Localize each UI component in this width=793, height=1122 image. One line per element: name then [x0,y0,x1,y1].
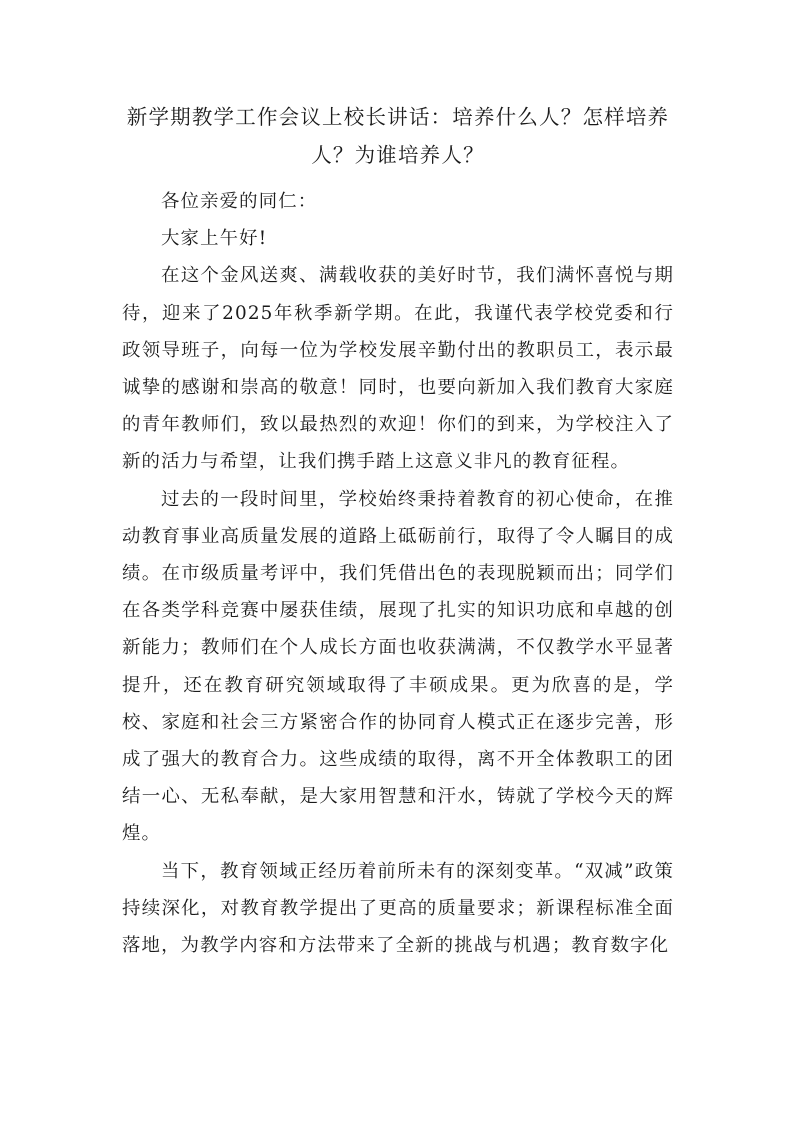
greeting: 大家上午好! [122,220,674,257]
title-line-1: 新学期教学工作会议上校长讲话：培养什么人？怎样培养 [122,98,674,136]
paragraph-achievements: 过去的一段时间里，学校始终秉持着教育的初心使命，在推动教育事业高质量发展的道路上… [122,481,674,853]
paragraph-reform: 当下，教育领域正经历着前所未有的深刻变革。“双减”政策持续深化，对教育教学提出了… [122,853,674,965]
document-page: 新学期教学工作会议上校长讲话：培养什么人？怎样培养 人？为谁培养人？ 各位亲爱的… [122,98,674,964]
title-line-2: 人？为谁培养人？ [122,136,674,174]
salutation: 各位亲爱的同仁： [122,183,674,220]
document-title: 新学期教学工作会议上校长讲话：培养什么人？怎样培养 人？为谁培养人？ [122,98,674,174]
paragraph-welcome: 在这个金风送爽、满载收获的美好时节，我们满怀喜悦与期待，迎来了2025年秋季新学… [122,257,674,480]
